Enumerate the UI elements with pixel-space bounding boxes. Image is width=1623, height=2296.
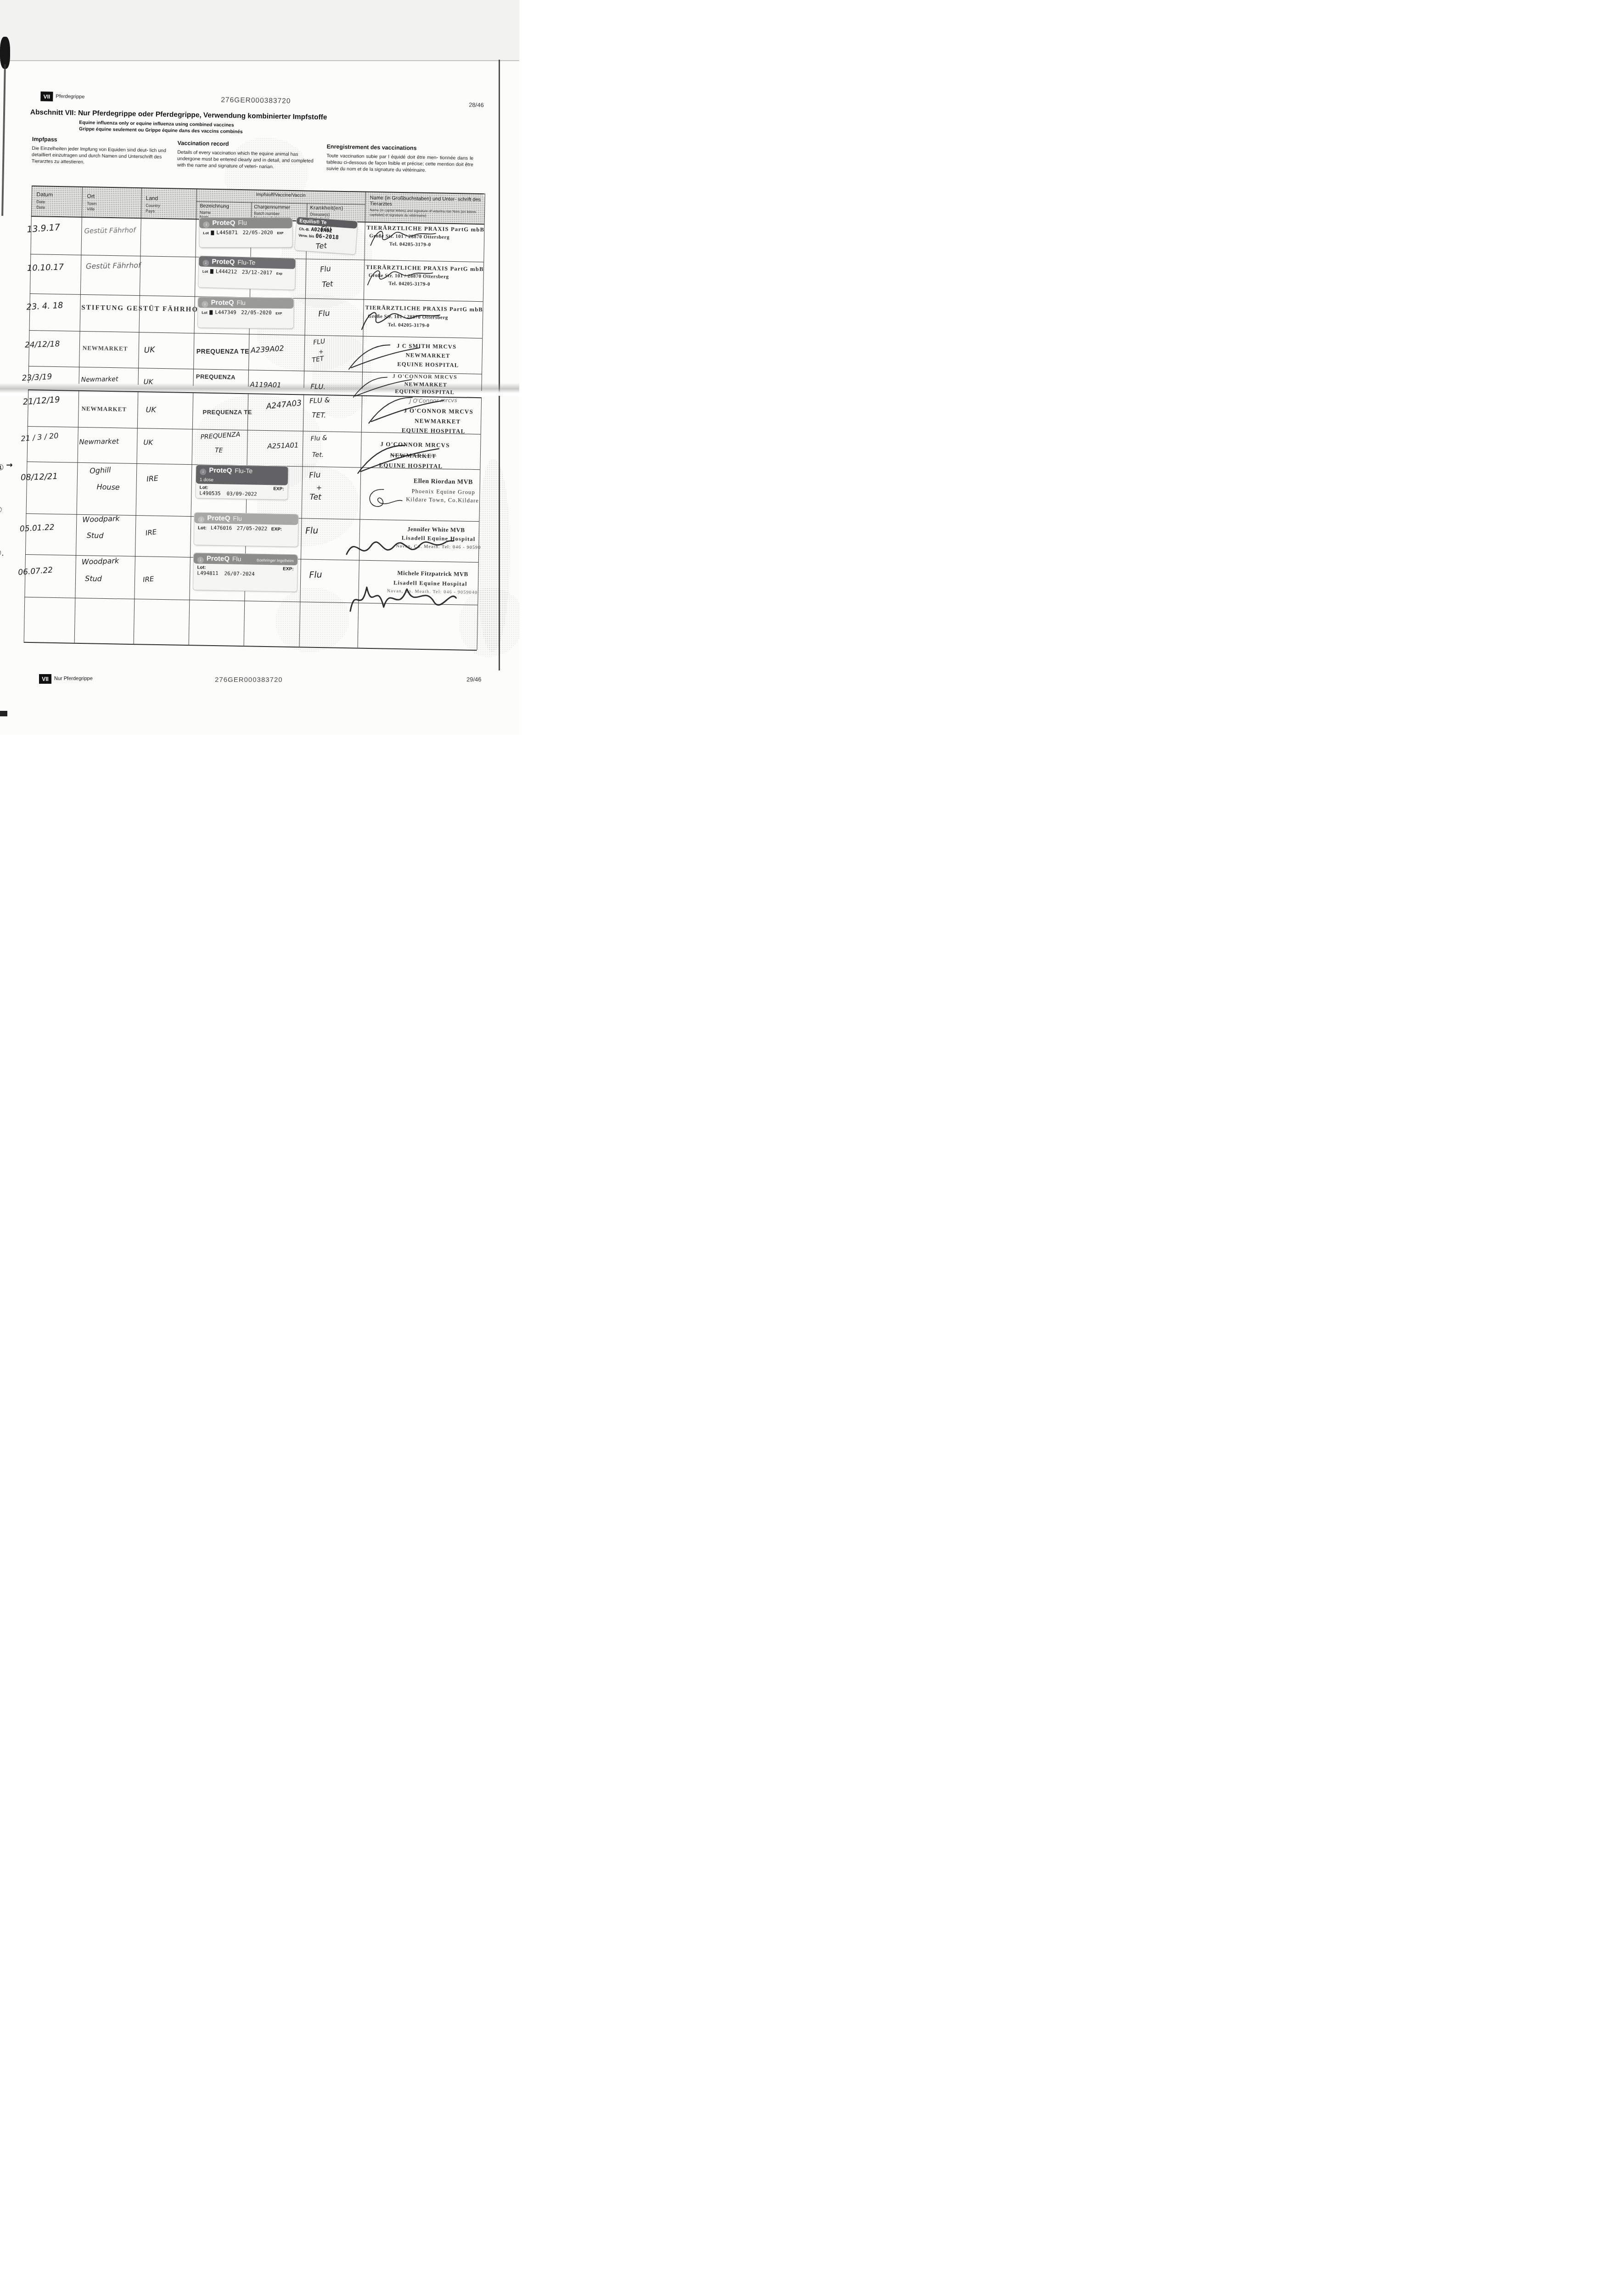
- entry-date: 21/12/19: [22, 395, 60, 407]
- entry-disease: Flu: [320, 224, 332, 234]
- vaccine-sticker: ↓ ProteQ Flu Lot: L476016 27/05-2022 EXP…: [194, 512, 298, 546]
- entry-disease: Flu &: [310, 434, 327, 443]
- sticker-body: Lot: EXP: L494811 26/07-2024: [193, 563, 297, 579]
- vaccine-stamp: PREQUENZA TE: [202, 409, 252, 416]
- vaccine-sticker: ↓ ProteQ Flu Lot L445871 22/05-2020 EXP: [199, 218, 292, 247]
- sticker-brand: ProteQ: [212, 219, 235, 227]
- entry-disease-plus: +: [316, 484, 322, 492]
- entry-town: Gestüt Fährhof: [86, 261, 141, 270]
- margin-annotation: ②: [0, 506, 2, 515]
- signature: [359, 302, 442, 340]
- signature: [359, 393, 455, 428]
- vaccine-stamp: PREQUENZA: [196, 373, 236, 381]
- vaccine-sticker: ↓ ProteQ Flu Boehringer Ingelheim Lot: E…: [193, 553, 298, 591]
- entry-disease: FLU &: [309, 396, 330, 405]
- col-header-ort-fr: Ville: [87, 207, 95, 212]
- lot-label: Lot:: [199, 485, 208, 490]
- table-line: [74, 390, 79, 643]
- intro-en-heading: Vaccination record: [178, 140, 229, 147]
- sticker-header: ↓ ProteQ Flu: [198, 297, 293, 309]
- barcode-mark: [211, 231, 214, 236]
- signature: [369, 223, 438, 254]
- col-header-land-fr: Pays: [146, 208, 155, 214]
- sticker-variant: Flu-Te: [235, 467, 253, 475]
- entry-town: Newmarket: [79, 437, 119, 446]
- arrow-down-icon: ↓: [198, 516, 204, 523]
- sticker-header: ↓ ProteQ Flu: [199, 218, 292, 228]
- signature: [360, 477, 426, 520]
- entry-disease-2: Tet: [309, 493, 321, 502]
- entry-disease: Flu: [318, 309, 330, 319]
- lot-value: L444212: [216, 268, 237, 275]
- scan-content: VII Pferdegrippe 276GER000383720 28/46 A…: [0, 0, 519, 735]
- exp-value: 22/05-2020: [242, 230, 273, 236]
- arrow-down-icon: ↓: [203, 221, 209, 228]
- exp-value: 27/05-2022: [237, 525, 267, 532]
- intro-de-heading: Impfpass: [32, 136, 57, 143]
- entry-town-2: Stud: [87, 531, 104, 540]
- sticker-body: Lot L447349 22/05-2020 EXP: [198, 308, 293, 317]
- col-header-land: Land: [146, 195, 158, 201]
- sticker-brand: ProteQ: [211, 299, 234, 307]
- entry-town: Woodpark: [82, 514, 120, 524]
- verw-value: 06-2018: [315, 233, 339, 241]
- sticker-body: Lot: EXP: L490535 03/09-2022: [196, 484, 287, 499]
- table-line: [477, 397, 482, 650]
- exp-label: EXP: [277, 232, 283, 235]
- signature: [346, 337, 424, 376]
- entry-disease-plus: +: [319, 349, 324, 355]
- exp-value: 23/12-2017: [242, 269, 273, 276]
- sticker-variant: Flu: [233, 515, 242, 522]
- entry-country: IRE: [142, 575, 154, 584]
- sticker-header: ↓ ProteQ Flu-Te 1 dose: [196, 465, 288, 485]
- exp-label: EXP:: [271, 527, 282, 532]
- entry-country: UK: [143, 377, 153, 386]
- verw-label: Verw. bis: [298, 233, 314, 238]
- barcode-mark: [209, 310, 213, 315]
- sticker-brand: ProteQ: [209, 467, 232, 475]
- lot-value: L476016: [211, 525, 232, 531]
- entry-country: UK: [143, 438, 153, 446]
- entry-date: 21 / 3 / 20: [21, 431, 59, 443]
- entry-vaccine: PREQUENZA: [200, 431, 241, 441]
- section-badge: VII: [40, 91, 53, 101]
- sticker-variant: Flu-Te: [237, 259, 255, 266]
- intro-fr-heading: Enregistrement des vaccinations: [326, 143, 416, 151]
- table-line: [24, 389, 29, 642]
- lot-label: Lot:: [197, 565, 206, 570]
- sticker-variant: Flu: [232, 555, 241, 563]
- signature: [344, 523, 455, 572]
- signature: [343, 568, 459, 621]
- entry-town-2: House: [96, 483, 119, 492]
- col-header-ort: Ort: [87, 193, 95, 199]
- exp-label: Exp: [276, 272, 282, 276]
- chb-label: Ch.-B.: [299, 227, 310, 232]
- exp-label: EXP:: [283, 567, 294, 572]
- entry-town: Oghill: [90, 466, 111, 475]
- entry-disease: Flu: [320, 264, 331, 274]
- town-stamp: NEWMARKET: [83, 344, 128, 353]
- entry-country: UK: [144, 345, 155, 355]
- entry-disease-2: Tet: [315, 241, 327, 251]
- entry-country: IRE: [146, 474, 159, 484]
- table-line: [28, 186, 32, 383]
- document-number: 276GER000383720: [221, 96, 291, 106]
- col-header-ort-en: Town: [87, 201, 96, 207]
- entry-town: Newmarket: [81, 376, 118, 383]
- table-line: [134, 391, 139, 644]
- entry-vaccine-2: TE: [215, 447, 223, 454]
- entry-disease: Flu: [309, 470, 321, 480]
- entry-date: 23/3/19: [22, 372, 52, 383]
- document-number-footer: 276GER000383720: [215, 676, 283, 684]
- entry-country: UK: [146, 405, 156, 414]
- entry-batch: A247A03: [266, 399, 302, 411]
- signature: [365, 262, 435, 294]
- intro-de-body: Die Einzelheiten jeder Impfung von Equid…: [32, 145, 170, 167]
- vaccine-sticker: ↓ ProteQ Flu Lot L447349 22/05-2020 EXP: [198, 297, 294, 328]
- entry-disease: FLU.: [310, 383, 326, 391]
- col-header-datum-en: Date: [36, 199, 45, 205]
- arrow-down-icon: ↓: [202, 260, 209, 266]
- lot-label: Lot: [202, 270, 208, 274]
- table-line: [299, 394, 304, 647]
- sticker-body: Lot: L476016 27/05-2022 EXP:: [194, 523, 298, 534]
- entry-disease-2: TET.: [312, 411, 326, 420]
- page-number-footer: 29/46: [466, 676, 482, 683]
- entry-date: 08/12/21: [21, 472, 58, 483]
- arrow-down-icon: ↓: [197, 557, 204, 563]
- col-header-bezeichnung: Bezeichnung: [200, 203, 229, 209]
- exp-value: 26/07-2024: [224, 570, 254, 577]
- sticker-brand: ProteQ: [207, 555, 230, 563]
- entry-disease: Flu: [309, 569, 322, 580]
- margin-annotation: ①: [0, 463, 4, 473]
- exp-value: 03/09-2022: [226, 491, 257, 497]
- entry-town: Gestüt Fährhof: [84, 226, 135, 235]
- entry-town: Woodpark: [81, 556, 119, 566]
- barcode-mark: [210, 269, 213, 274]
- entry-date: 13.9.17: [27, 222, 61, 235]
- vaccine-sticker: ↓ ProteQ Flu-Te 1 dose Lot: EXP: L490535…: [196, 465, 288, 499]
- town-stamp: STIFTUNG GESTÜT FÄHRHOF: [81, 304, 203, 314]
- col-header-land-en: Country: [146, 203, 160, 208]
- signature: [353, 440, 445, 477]
- lot-value: L447349: [215, 310, 236, 315]
- entry-batch: A119A01: [250, 380, 281, 389]
- entry-disease-2: TET: [311, 355, 324, 364]
- sticker-brand: ProteQ: [207, 514, 230, 523]
- lot-label: Lot: [202, 310, 208, 315]
- page-number: 28/46: [469, 101, 484, 109]
- exp-value: 22/05-2020: [241, 310, 271, 316]
- lot-value: L490535: [199, 490, 221, 496]
- entry-country: IRE: [145, 528, 157, 537]
- exp-label: EXP: [275, 312, 282, 315]
- lot-value: L494811: [197, 570, 219, 576]
- lot-label: Lot:: [198, 525, 207, 530]
- entry-date: 05.01.22: [20, 523, 55, 534]
- table-line: [24, 642, 477, 651]
- lot-label: Lot: [203, 231, 208, 235]
- arrow-down-icon: ↓: [200, 468, 206, 475]
- entry-date: 24/12/18: [25, 339, 60, 350]
- intro-en-body: Details of every vaccination which the e…: [177, 149, 315, 171]
- entry-disease-2: Tet.: [312, 451, 324, 459]
- sticker-variant: Flu: [238, 219, 247, 226]
- margin-annotation: ③.: [0, 549, 4, 558]
- entry-town-2: Stud: [85, 574, 102, 583]
- entry-disease-2: Tet: [322, 279, 333, 289]
- col-header-krankheit: Krankheit(en): [310, 205, 343, 211]
- entry-batch: A251A01: [267, 441, 299, 450]
- margin-arrow: →: [6, 461, 13, 470]
- arrow-down-icon: ↓: [202, 301, 208, 307]
- entry-date: 06.07.22: [18, 566, 53, 577]
- section-label-footer: Nur Pferdegrippe: [54, 676, 93, 681]
- scanned-passport-page: VII Pferdegrippe 276GER000383720 28/46 A…: [0, 0, 519, 735]
- vaccine-stamp: PREQUENZA TE: [197, 348, 249, 355]
- sticker-body: Lot L445871 22/05-2020 EXP: [199, 228, 292, 237]
- entry-disease: Flu: [305, 525, 319, 536]
- col-header-vet-name: Name (in Großbuchstaben) und Unter- schr…: [370, 195, 481, 209]
- entry-date: 10.10.17: [27, 262, 64, 273]
- section-label: Pferdegrippe: [56, 94, 84, 100]
- vet-stamp-line3: EQUINE HOSPITAL: [402, 427, 466, 435]
- vaccine-sticker: ↓ ProteQ Flu-Te Lot L444212 23/12-2017 E…: [198, 256, 296, 289]
- lot-value: L445871: [216, 230, 237, 236]
- sticker-variant: Flu: [236, 299, 246, 306]
- entry-disease: FLU: [313, 338, 326, 346]
- col-header-datum: Datum: [37, 191, 53, 198]
- town-stamp: NEWMARKET: [81, 405, 127, 413]
- col-header-datum-fr: Date: [36, 205, 45, 210]
- intro-fr-body: Toute vaccination subie par l équidé doi…: [326, 152, 474, 174]
- boehringer-logo: Boehringer Ingelheim: [257, 558, 294, 563]
- exp-label: EXP:: [273, 486, 284, 491]
- sticker-dose: 1 dose: [200, 477, 284, 484]
- entry-batch: A239A02: [250, 343, 284, 355]
- entry-date: 23. 4. 18: [26, 300, 63, 312]
- section-badge-footer: VII: [39, 674, 51, 684]
- sticker-brand: ProteQ: [212, 258, 235, 266]
- col-header-chargennummer: Chargennummer: [254, 204, 290, 210]
- table-line: [189, 392, 194, 645]
